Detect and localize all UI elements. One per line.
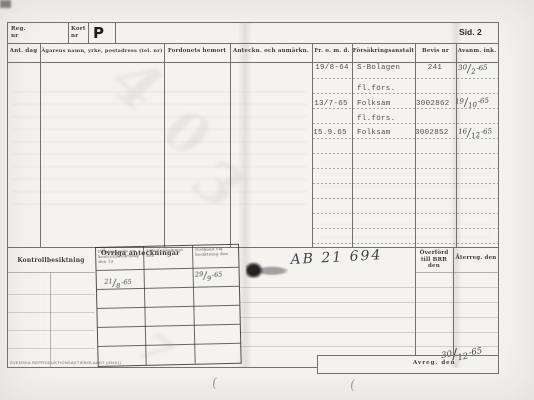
grid-line [7, 367, 318, 368]
stamp-grid-line [98, 324, 240, 328]
column-header-agarens-namn: Ägarens namn, yrke, postadress (tel. nr) [40, 48, 164, 55]
grid-line [312, 43, 313, 247]
grid-line [240, 332, 498, 333]
grid-line [313, 243, 498, 244]
grid-line [415, 247, 416, 355]
column-header-bevis-nr: Bevis nr [415, 48, 456, 55]
overford-till-brr-label: Överförd till BRR den [416, 250, 452, 270]
bleedthrough-text-area [12, 80, 307, 215]
handwritten-ref-number: AB 21 694 [290, 247, 383, 268]
grid-line [7, 272, 95, 273]
insurance-from-date: 13/7-65 [313, 100, 349, 108]
stamp-col-header-forelaggande: Föreläggande om kontrollbesiktning den 1… [98, 249, 141, 264]
insurance-note: fl.förs. [357, 115, 395, 123]
stamp-entry-date: 21/8-65 [104, 270, 133, 291]
grid-line [50, 272, 51, 367]
grid-line [68, 22, 69, 43]
column-header-fordonets-hemort: Fordonets hemort [164, 48, 230, 55]
grid-line [313, 183, 498, 184]
column-header-fr-o-m-d: Fr. o. m. d. [312, 48, 352, 55]
grid-line [240, 346, 498, 347]
grid-line [164, 43, 165, 247]
grid-line [7, 330, 95, 331]
grid-line [415, 272, 499, 273]
kort-nr-value-stamp: P [93, 24, 104, 42]
avanm-date-handwritten: 30/2-65 [457, 56, 488, 77]
column-header-avanm-ink: Avanm. ink. [456, 48, 498, 55]
grid-line [115, 22, 116, 43]
grid-line [7, 22, 8, 368]
grid-line [317, 355, 318, 374]
grid-line [313, 93, 498, 94]
insurance-note: fl.förs. [357, 85, 395, 93]
pencil-mark: ( [349, 378, 356, 394]
grid-line [240, 302, 498, 303]
bevis-number: 3002862 [416, 100, 450, 108]
page-number: Sid. 2 [459, 27, 482, 37]
grid-line [313, 213, 498, 214]
grid-line [317, 355, 499, 356]
ink-stamp-mark [246, 262, 288, 278]
bleedthrough-text-area [320, 150, 490, 240]
stamp-col-header-godkand: Godkänd vid besiktning den [195, 247, 236, 258]
kontrollbesiktning-label: Kontrollbesiktning [7, 258, 95, 265]
insurance-from-date: 19/8-64 [314, 64, 350, 72]
grid-line [240, 317, 498, 318]
column-header-anteckn: Anteckn. och anmärkn. [230, 48, 312, 55]
grid-line [7, 43, 499, 44]
insurance-company: Folksam [357, 100, 391, 108]
scanned-registration-card: 4 0 3 7 ( ( Reg. nr Kort nr P Sid. 2 Ant… [0, 0, 534, 400]
grid-line [415, 43, 416, 247]
grid-line [313, 168, 498, 169]
grid-line [88, 22, 89, 43]
grid-line [7, 22, 499, 23]
bevis-number: 241 [417, 64, 453, 72]
grid-line [313, 198, 498, 199]
grid-line [240, 287, 498, 288]
grid-line [313, 138, 498, 139]
grid-line [456, 43, 457, 247]
grid-line [313, 78, 498, 79]
stamp-col-header-avbud: Avbud inkommet den [146, 248, 190, 259]
grid-line [313, 108, 498, 109]
stamp-grid-line [98, 343, 240, 347]
grid-line [7, 247, 499, 248]
corner-mark [0, 0, 11, 8]
pencil-mark: ( [211, 376, 218, 392]
column-header-forsakringsanstalt: Försäkringsanstalt [352, 48, 415, 55]
aterreg-label: Återreg. den [454, 255, 498, 262]
stamp-entry-date: 29/9-65 [194, 262, 223, 283]
grid-line [230, 43, 231, 247]
grid-line [453, 247, 454, 355]
insurance-company: Folksam [357, 129, 391, 137]
grid-line [40, 43, 41, 247]
avreg-date-handwritten: 30/12-65 [440, 339, 484, 365]
grid-line [7, 312, 95, 313]
grid-line [313, 228, 498, 229]
grid-line [7, 294, 95, 295]
kort-nr-label: Kort nr [71, 26, 86, 39]
grid-line [7, 348, 95, 349]
grid-line [317, 373, 499, 374]
stamp-grid-line [97, 305, 239, 309]
grid-line [352, 43, 353, 247]
grid-line [498, 22, 499, 374]
reg-nr-label: Reg. nr [11, 26, 26, 39]
grid-line [7, 62, 499, 63]
column-header-ant-dag: Ant. dag [7, 48, 40, 55]
bevis-number: 3002852 [415, 129, 449, 137]
grid-line [313, 153, 498, 154]
grid-line [313, 123, 498, 124]
inspection-stamp-box: Föreläggande om kontrollbesiktning den 1… [95, 244, 242, 367]
insurance-company: S-Bolagen [357, 64, 400, 72]
insurance-from-date: 15.9.65 [312, 129, 348, 137]
